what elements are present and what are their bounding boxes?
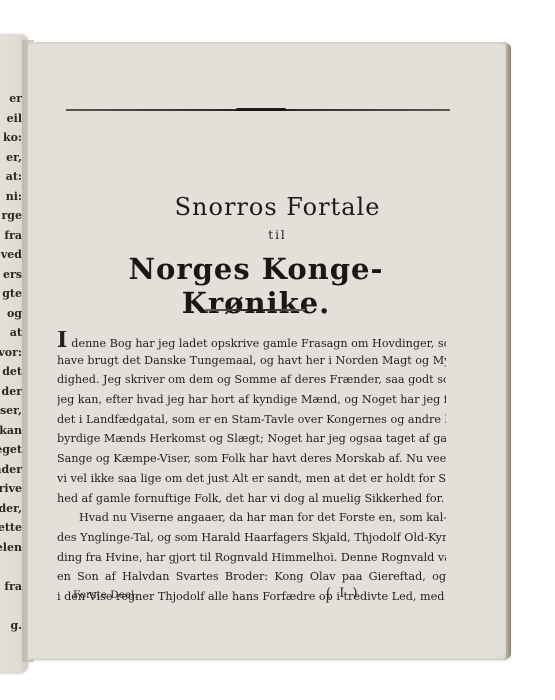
left-page-line-fragment: nder — [0, 463, 22, 476]
left-page-line-fragment: ers — [3, 268, 22, 281]
text-line: have brugt det Danske Tungemaal, og havt… — [57, 351, 446, 371]
text-line: en Son af Halvdan Svartes Broder: Kong O… — [57, 567, 446, 587]
left-page-line-fragment: ko: — [3, 131, 22, 144]
text-line: hed af gamle fornuftige Folk, det har vi… — [57, 489, 446, 509]
text-line: byrdige Mænds Herkomst og Slægt; Noget h… — [57, 429, 446, 449]
left-page-line-fragment: eget — [0, 443, 22, 456]
left-page-line-fragment: det — [2, 365, 22, 378]
left-page-line-fragment: fra — [4, 580, 22, 593]
decorative-mid-rule — [205, 309, 305, 311]
text-line: Hvad nu Viserne angaaer, da har man for … — [57, 508, 446, 528]
left-page-line-fragment: at: — [6, 170, 22, 183]
text-line: dighed. Jeg skriver om dem og Somme af d… — [57, 370, 446, 390]
decorative-top-rule — [66, 109, 450, 111]
left-page-line-fragment: er, — [6, 151, 22, 164]
left-page-line-fragment: er — [9, 92, 22, 105]
left-page-line-fragment: rive — [0, 482, 22, 495]
left-page-line-fragment: vor: — [0, 346, 22, 359]
left-page-line-fragment: ved — [1, 248, 22, 261]
left-page-line-fragment: gte — [2, 287, 22, 300]
left-page-line-fragment: eil — [7, 112, 22, 125]
left-page-line-fragment: kan — [0, 424, 22, 437]
text-line: ding fra Hvine, har gjort til Rognvald H… — [57, 548, 446, 568]
left-page-line-fragment: ser, — [0, 404, 22, 417]
left-page-line-fragment: og — [7, 307, 22, 320]
drop-cap: I — [57, 331, 67, 351]
title-line-2: til — [0, 228, 555, 242]
page-edge-stack — [506, 44, 511, 658]
left-page-line-fragment: der — [2, 385, 23, 398]
left-page-line-fragment: at — [10, 326, 22, 339]
page-number: ( I ) — [326, 586, 360, 601]
signature-mark: Forste Deel. — [73, 589, 138, 601]
left-page-line-fragment: g. — [10, 619, 22, 632]
left-page-line-fragment: elen — [0, 541, 22, 554]
left-page-line-fragment: rette — [0, 521, 22, 534]
text-line: des Ynglinge-Tal, og som Harald Haarfage… — [57, 528, 446, 548]
text-line: Idenne Bog har jeg ladet opskrive gamle … — [57, 331, 446, 351]
text-line: vi vel ikke saa lige om det just Alt er … — [57, 469, 446, 489]
left-page-line-fragment: der, — [0, 502, 22, 515]
text-line: det i Landfædgatal, som er en Stam-Tavle… — [57, 410, 446, 430]
body-text: Idenne Bog har jeg ladet opskrive gamle … — [57, 331, 446, 607]
title-line-1: Snorros Fortale — [0, 193, 555, 221]
text-line: Sange og Kæmpe-Viser, som Folk har havt … — [57, 449, 446, 469]
text-line: jeg kan, efter hvad jeg har hort af kynd… — [57, 390, 446, 410]
